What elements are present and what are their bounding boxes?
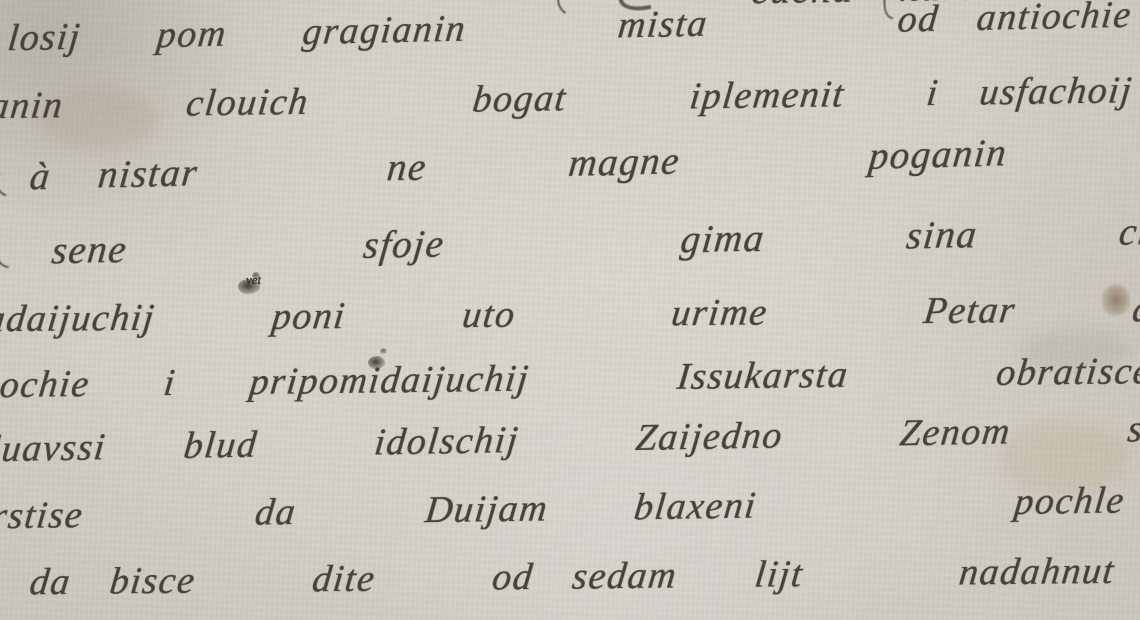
manuscript-page: cucha naroda losij pom gragianin mista o… (0, 0, 1140, 620)
manuscript-line-3: à nistar ne magne poganin od Mighdonie g… (28, 112, 1140, 199)
manuscript-line-8: rstise da Duijam blaxeni pochle pria cha… (0, 471, 1140, 538)
manuscript-line-4: sene sfoje gima sina chomu izdi ime Duij… (50, 198, 1140, 273)
cut-stroke-fragment (0, 174, 13, 197)
ink-blot (380, 348, 387, 354)
manuscript-line-7: luavssi blud idolschij Zaijedno Zenom sf… (0, 401, 1140, 471)
manuscript-line-9: da bisce dite od sedam lijt nadahnut duh… (28, 545, 1140, 604)
interlinear-correction: vet (246, 272, 261, 288)
manuscript-line-6: iochie i pripomidaijuchij Issukarsta obr… (0, 346, 1140, 407)
manuscript-line-1: losij pom gragianin mista od antiochie à… (6, 0, 1140, 60)
manuscript-line-2: anin clouich bogat iplemenit i usfachoij… (0, 62, 1140, 128)
cut-stroke-fragment (0, 249, 11, 268)
manuscript-line-5: adaijuchij poni uto urime Petar apostol … (0, 283, 1140, 341)
